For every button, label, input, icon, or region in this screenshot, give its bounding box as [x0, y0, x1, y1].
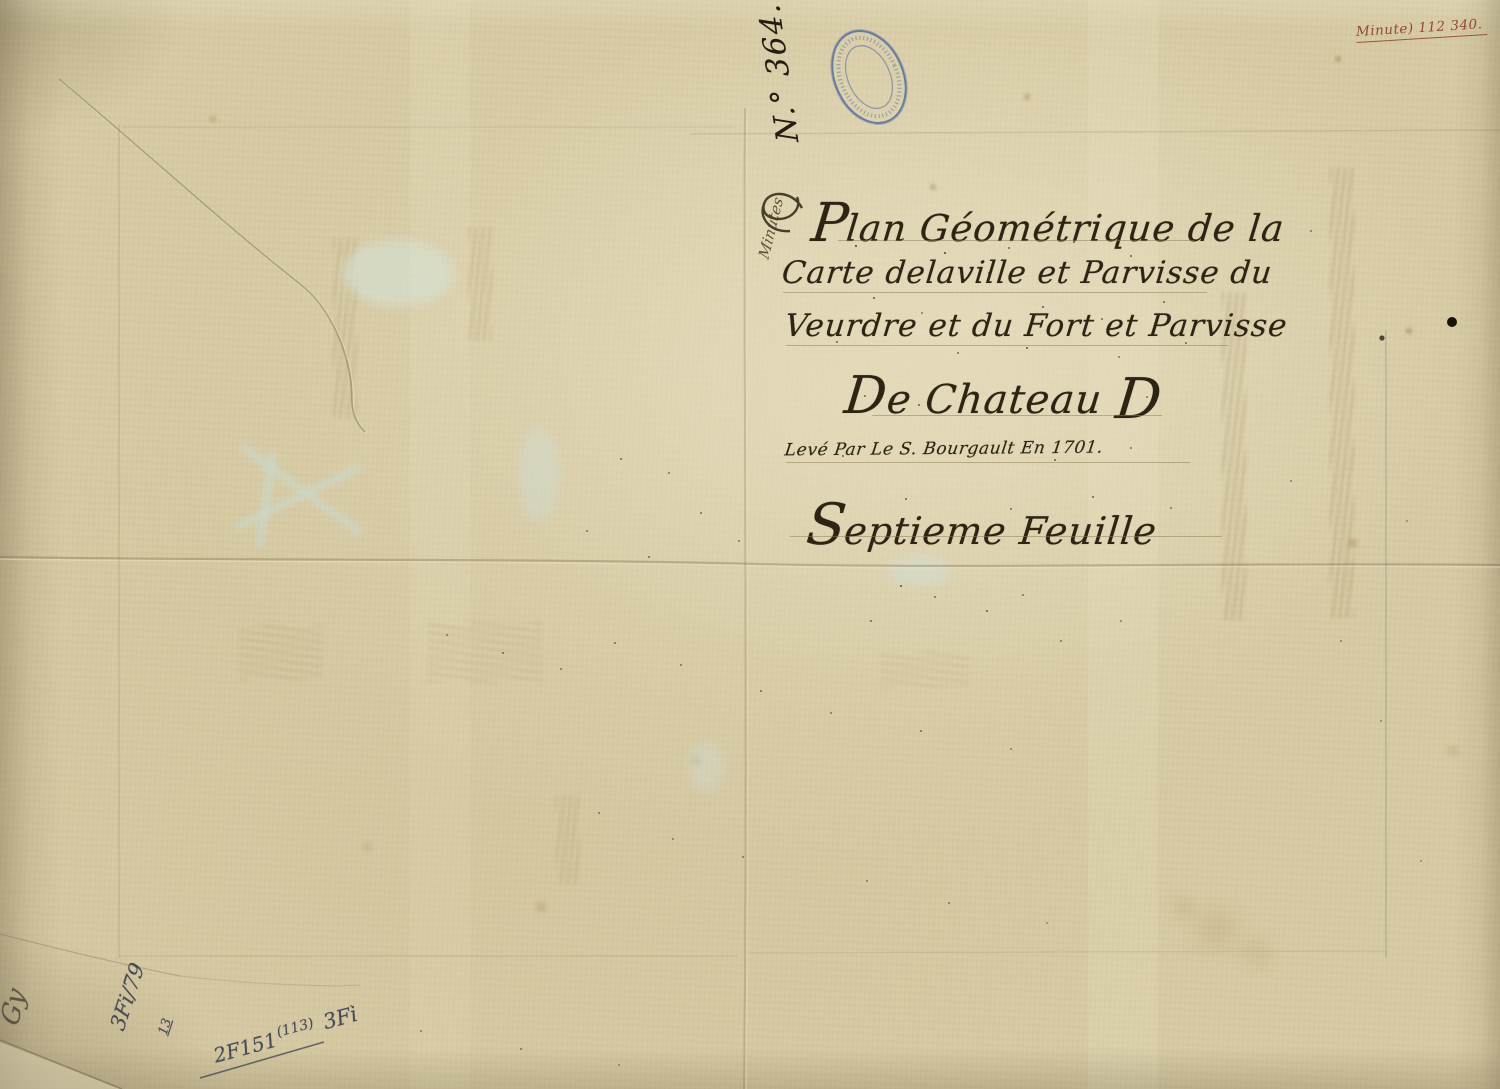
- guide-line: [786, 345, 1228, 346]
- title-line-2: Carte delaville et Parvisse du: [780, 255, 1274, 291]
- sheet-number-line: Septieme Feuille: [804, 492, 1162, 558]
- guide-line: [838, 240, 1194, 241]
- guide-line: [872, 415, 1162, 416]
- title-line-1: Plan Géométrique de la: [809, 191, 1289, 254]
- manuscript-scan: N.° 364. Minutes Plan Géométrique de la …: [0, 0, 1500, 1089]
- guide-line: [786, 462, 1190, 463]
- paper-texture-overlay: [0, 0, 1500, 1089]
- guide-line: [783, 292, 1207, 293]
- foxing-stains: [0, 0, 2, 2]
- title-line-3: Veurdre et du Fort et Parvisse: [783, 308, 1289, 344]
- surveyor-line: Levé Par Le S. Bourgault En 1701.: [783, 438, 1104, 461]
- crease-lines: [0, 79, 366, 986]
- title-flourish-letter: D: [1113, 367, 1165, 432]
- corner-fold: [0, 1040, 122, 1089]
- fold-lines: [0, 108, 1500, 1089]
- title-line-4: De ChateauD: [842, 362, 1165, 427]
- ink-blot-dots: [1379, 317, 1457, 341]
- archive-oval-stamp: [816, 17, 921, 136]
- guide-line: [790, 536, 1222, 537]
